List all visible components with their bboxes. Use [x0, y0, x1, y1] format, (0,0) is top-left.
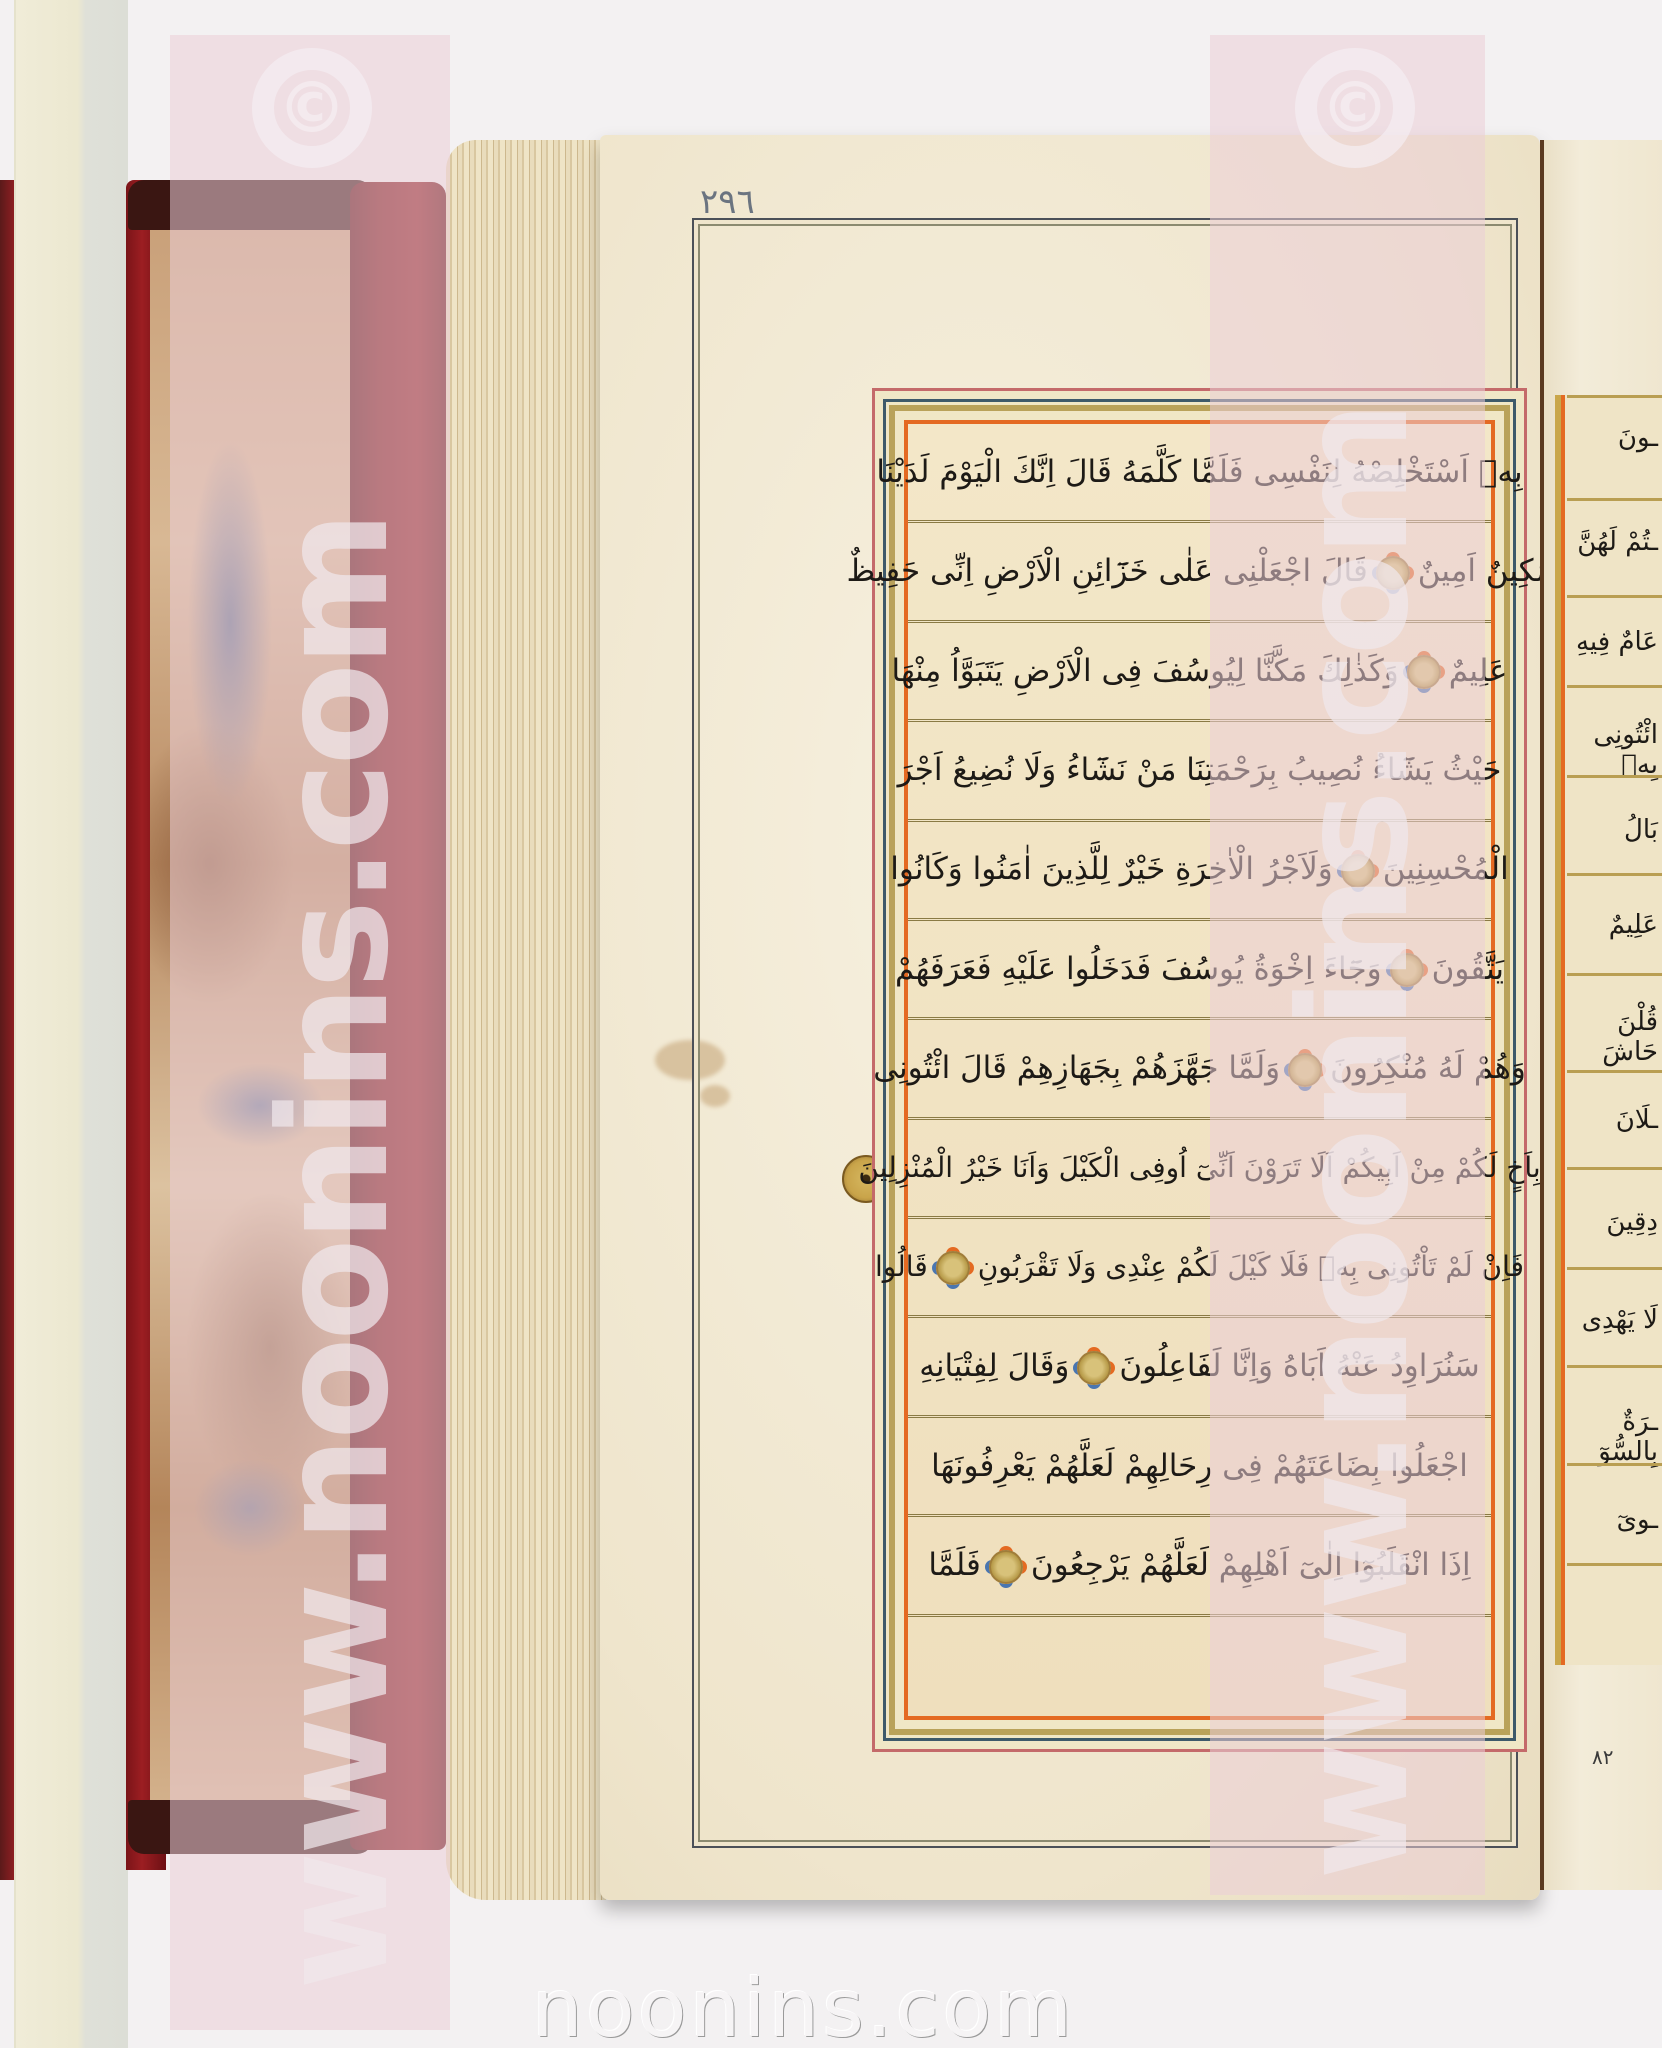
facing-fragment: بَالُ	[1624, 815, 1658, 845]
facing-text-block: ـونَ ـتُمْ لَهُنَّ عَامٌ فِيهِ ائْتُونِى…	[1555, 395, 1662, 1665]
verse-marker-icon	[936, 1251, 970, 1285]
facing-rule	[1567, 395, 1662, 398]
facing-rule	[1567, 973, 1662, 976]
facing-rule	[1567, 685, 1662, 688]
facing-rule	[1567, 873, 1662, 876]
facing-rule	[1567, 1563, 1662, 1566]
book-board-edge	[0, 180, 14, 1880]
line-segment: قَالُوا	[875, 1250, 928, 1283]
facing-rule	[1567, 498, 1662, 501]
facing-rule	[1567, 1365, 1662, 1368]
verse-marker-icon	[989, 1550, 1023, 1584]
facing-rule	[1567, 1267, 1662, 1270]
watermark-text-right: www.noonins.com	[1268, 404, 1442, 1880]
page-number: ٢٩٦	[700, 182, 755, 222]
facing-fragment: دِقِينَ	[1606, 1207, 1658, 1237]
facing-fragment: عَلِيمٌ	[1609, 910, 1658, 940]
facing-fragment: قُلْنَ حَاشَ	[1555, 1007, 1658, 1067]
facing-fragment: ـتُمْ لَهُنَّ	[1577, 527, 1658, 557]
line-segment: وَقَالَ لِفِتْيَانِهِ	[919, 1348, 1069, 1384]
facing-page-mark: ٨٢	[1592, 1745, 1613, 1769]
watermark-footer: noonins.com	[532, 1962, 1075, 2048]
facing-rule	[1567, 1070, 1662, 1073]
line-segment: فَلَمَّا	[928, 1547, 980, 1583]
facing-fragment: ائْتُونِى بِهٖ	[1555, 720, 1658, 780]
facing-fragment: ـلَانَ	[1616, 1105, 1658, 1135]
facing-rule	[1567, 1463, 1662, 1466]
verse-marker-icon	[1077, 1351, 1111, 1385]
facing-rule	[1567, 775, 1662, 778]
facing-fragment: ـرَةٌ بِالسُّوٓ	[1555, 1407, 1658, 1467]
page-fore-edge	[446, 140, 606, 1900]
facing-fragment: عَامٌ فِيهِ	[1576, 627, 1658, 657]
facing-rule	[1567, 1167, 1662, 1170]
copyright-icon: ©	[252, 48, 372, 168]
facing-rule	[1567, 595, 1662, 598]
cream-board	[14, 0, 128, 2048]
facing-fragment: ـونَ	[1618, 423, 1658, 453]
watermark-text-left: www.noonins.com	[248, 514, 422, 1990]
facing-fragment: ـوىٓ	[1617, 1505, 1658, 1535]
facing-fragment: لَا يَهْدِى	[1582, 1305, 1658, 1335]
copyright-icon: ©	[1295, 48, 1415, 168]
